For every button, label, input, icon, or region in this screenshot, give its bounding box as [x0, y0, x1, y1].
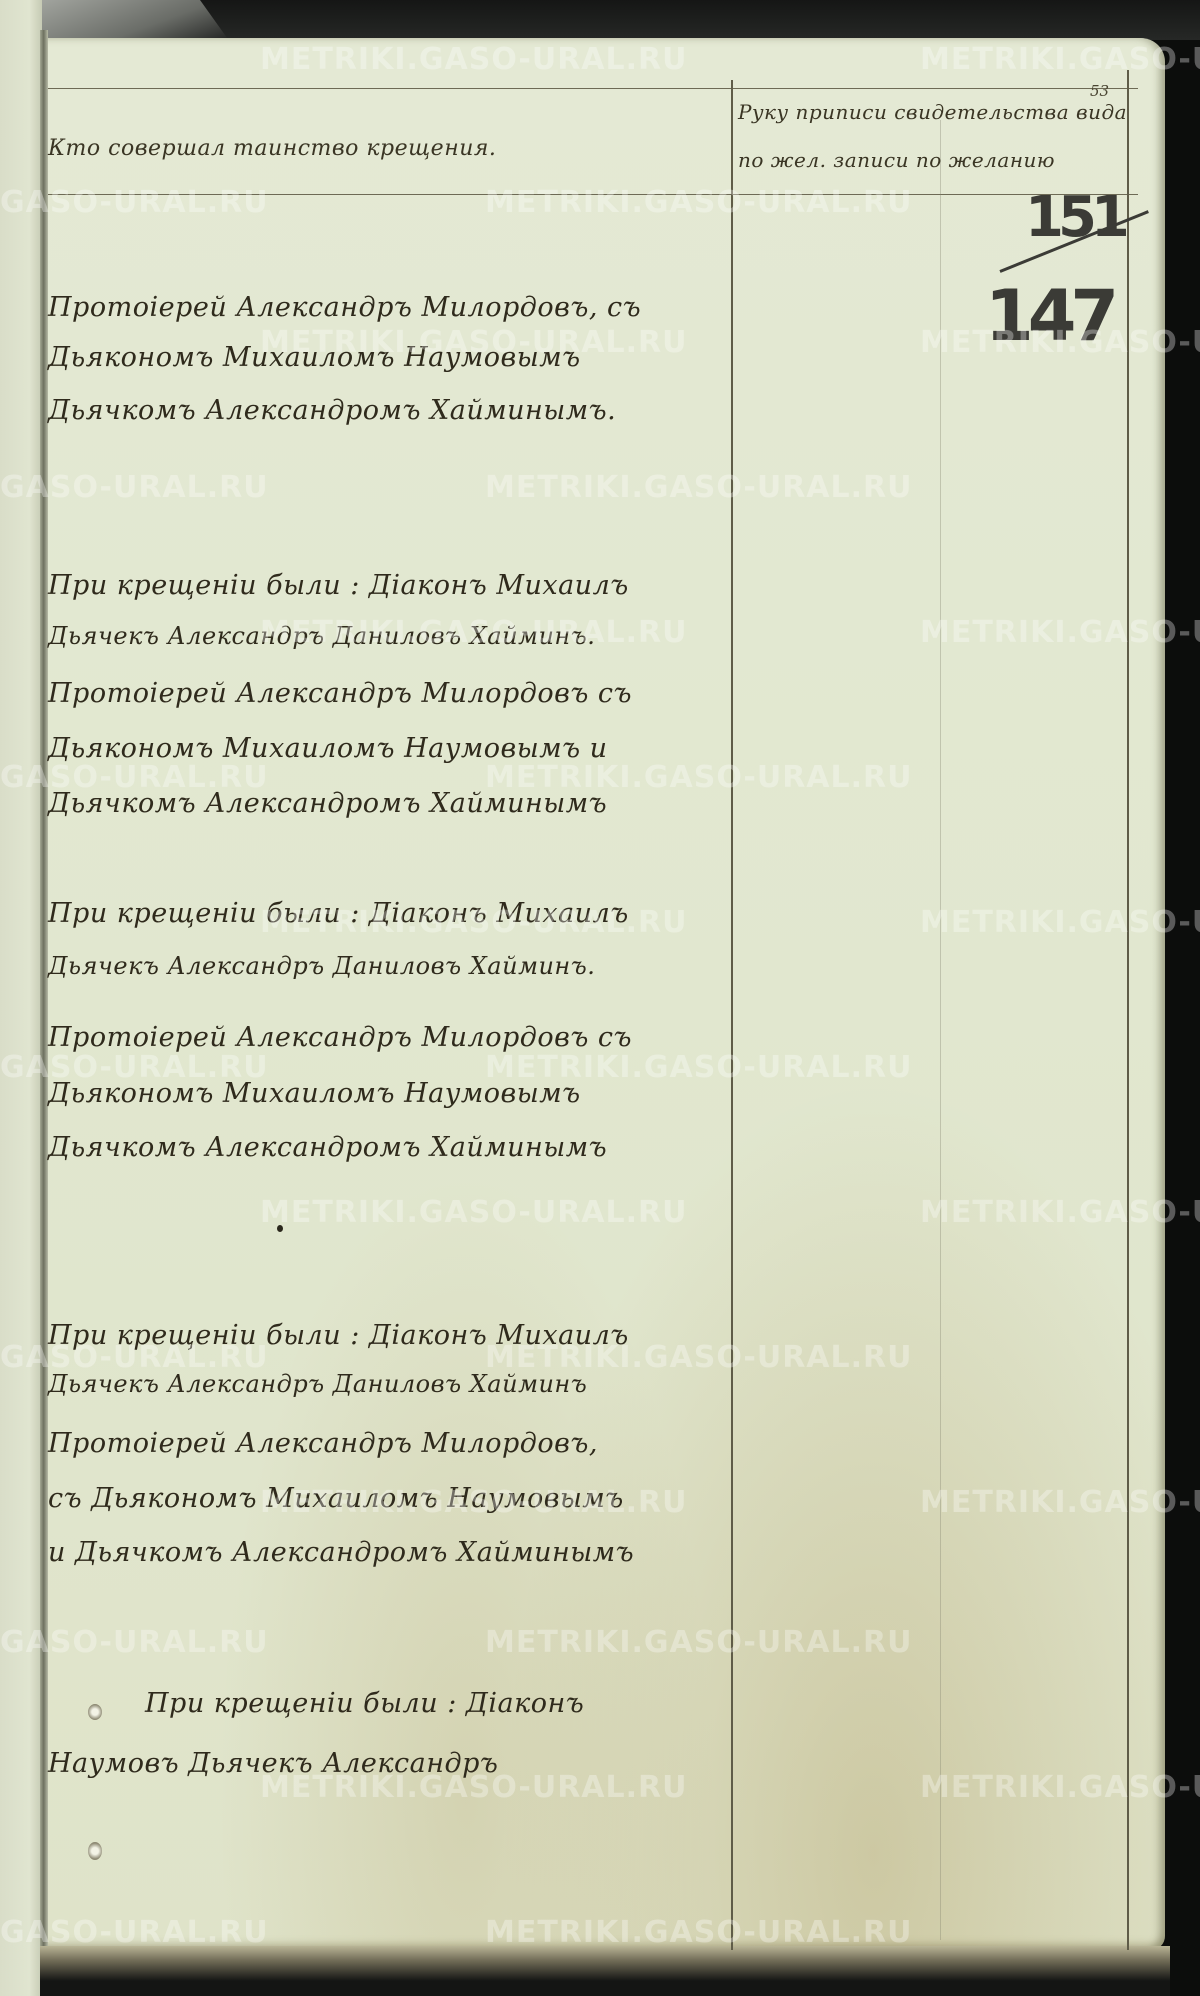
entry-1-line-3: Дьячкомъ Александромъ Хайминымъ. — [48, 395, 616, 426]
facing-page-edge — [0, 0, 42, 1996]
entry-5-line-1: При крещеніи были : Діаконъ — [145, 1688, 584, 1719]
entry-3-line-2: Дьячекъ Александръ Даниловъ Хайминъ. — [48, 952, 595, 980]
page-bottom-edge — [40, 1946, 1170, 1996]
entry-2-line-3: Протоіерей Александръ Милордовъ съ — [48, 678, 632, 709]
column-guide — [940, 120, 941, 1940]
entry-2-line-1: При крещеніи были : Діаконъ Михаилъ — [48, 570, 629, 601]
column-header-right-line2: по жел. записи по желанию — [738, 148, 1055, 172]
glass-reflection — [30, 0, 230, 42]
entry-3-line-5: Дьячкомъ Александромъ Хайминымъ — [48, 1132, 607, 1163]
entry-2-line-2: Дьячекъ Александръ Даниловъ Хайминъ. — [48, 622, 595, 650]
column-header-left: Кто совершал таинство крещения. — [48, 136, 496, 161]
binding-hole-lower — [88, 1842, 102, 1860]
entry-2-line-4: Дьякономъ Михаиломъ Наумовымъ и — [48, 733, 608, 764]
ink-spot — [277, 1225, 283, 1232]
entry-4-line-1: При крещеніи были : Діаконъ Михаилъ — [48, 1320, 629, 1351]
column-divider — [731, 80, 733, 1950]
folio-number: 53 — [1090, 82, 1109, 100]
entry-3-line-4: Дьякономъ Михаиломъ Наумовымъ — [48, 1078, 581, 1109]
entry-1-line-2: Дьякономъ Михаиломъ Наумовымъ — [48, 342, 581, 373]
archive-number-current: 147 — [985, 275, 1113, 357]
entry-4-line-5: и Дьячкомъ Александромъ Хайминымъ — [48, 1537, 634, 1568]
entry-4-line-3: Протоіерей Александръ Милордовъ, — [48, 1428, 598, 1459]
entry-1-line-1: Протоіерей Александръ Милордовъ, съ — [48, 292, 641, 323]
header-bottom-rule — [48, 194, 1138, 195]
header-top-rule — [48, 88, 1138, 89]
entry-2-line-5: Дьячкомъ Александромъ Хайминымъ — [48, 788, 607, 819]
entry-3-line-3: Протоіерей Александръ Милордовъ съ — [48, 1022, 632, 1053]
binding-hole-upper — [88, 1704, 102, 1720]
entry-5-line-2: Наумовъ Дьячекъ Александръ — [48, 1748, 498, 1779]
entry-4-line-4: съ Дьякономъ Михаиломъ Наумовымъ — [48, 1483, 624, 1514]
right-margin-rule — [1127, 70, 1129, 1950]
entry-4-line-2: Дьячекъ Александръ Даниловъ Хайминъ — [48, 1370, 587, 1398]
book-gutter — [40, 30, 48, 1960]
entry-3-line-1: При крещеніи были : Діаконъ Михаилъ — [48, 898, 629, 929]
column-header-right-line1: Руку приписи свидетельства вида — [738, 100, 1127, 124]
